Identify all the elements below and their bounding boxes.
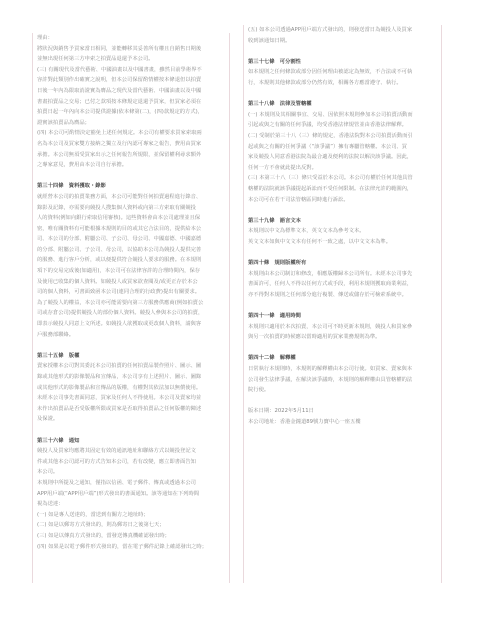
section-heading: 第四十二條 解釋權 — [248, 353, 437, 364]
text-line: 任何一方不會就此提出反對。 — [248, 163, 437, 174]
text-line: (三) 有關現代及當代藝術、中國油畫以及中國書畫，雖然目前學術界不 — [37, 65, 225, 76]
text-line: 本規則中所提及之通知，僅指以信函、電子郵件、傳真或透過本公司 — [37, 478, 225, 489]
section-heading: 第三十四條 資料獲取・錄影 — [37, 181, 225, 192]
text-line: 如本規則之任何條款或部分因任何理由被認定為無效，不合法或不可執 — [248, 67, 437, 78]
text-line: 書面許可，任何人不得以任何方式或手段，利用本規則獲取商業利益， — [248, 279, 437, 290]
company-address: 本公司地址：香港金鐘道89號力寶中心一座五樓 — [248, 417, 437, 428]
text-line: 容許對此類別作出確實之說明，但本公司保留酌情權按本條退但以拍賣 — [37, 75, 225, 86]
text-line: (一) 如是專人送達的，當送到有關方之地址時； — [37, 510, 225, 521]
text-line: 院行使。 — [248, 385, 437, 396]
section-article-39: 第三十九條 語言文本 本規則以中文為標準文本，英文文本為參考文本。 英文文本如與… — [248, 216, 437, 248]
text-line: 及使用已收集的個人資料。如競投人或買家欲查閱及/或更正存於本公 — [37, 277, 225, 288]
text-line: (二) 如是以郵寄方式發出的，則為郵寄日之後第七天； — [37, 520, 225, 531]
text-line: 錄或其他形式的影像製品和宣傳品，本公司享有上述照片、圖示、圖錄 — [37, 372, 225, 383]
section-article-36: 第三十六條 通知 競投人及買家均應將其固定有效的通訊地址和聯絡方式以競投登記文 … — [37, 436, 225, 553]
text-line: 本規則只適用於本次拍賣，本公司可不時更新本規則，競投人和買家參 — [248, 322, 437, 333]
section-heading: 第三十九條 語言文本 — [248, 216, 437, 227]
text-line: 並無出現任何第三方申索之拍賣品退還予本公司。 — [37, 54, 225, 65]
text-line: 公司發生法律爭議，在解決該爭議時，本規則的解釋權由具管轄權的法 — [248, 375, 437, 386]
text-line: 或其他形式的影像製品和宣傳品的版權，有權對其依法加以無償使用。 — [37, 383, 225, 394]
text-line: 行，本規則其他條款或部分仍然有效，相關各方應當遵守、執行。 — [248, 78, 437, 89]
section-article-35: 第三十五條 版權 賣家授權本公司對其委託本公司拍賣的任何拍賣品製作照片、圖示、圖… — [37, 351, 225, 425]
spacer — [248, 396, 437, 407]
intro-text: 理由： 將狀況與銷售予買家當日相同，並能轉移其妥善所有權且自銷售日期後 並無出現… — [37, 33, 225, 171]
text-line: 為了競投人的權益，本公司亦可能需要向第三方服務供應商(例如拍賣公 — [37, 298, 225, 309]
section-heading: 第四十一條 適用時間 — [248, 311, 437, 322]
text-line: 即表示競投人同意上文所述。如競投人欲獲取或更改個人資料，請與客 — [37, 319, 225, 330]
text-line: 名為本公司及買家雙方接納之獨立及行內認可專家之報告，費用由買家 — [37, 139, 225, 150]
text-line: 件或其他本公司認可的方式告知本公司，若有改變，應立即書面告知 — [37, 457, 225, 468]
section-article-42: 第四十二條 解釋權 日常執行本規則時，本規則的解釋權由本公司行使。如買家、賣家與… — [248, 353, 437, 395]
section-heading: 第三十七條 可分割性 — [248, 57, 437, 68]
section-article-41: 第四十一條 適用時間 本規則只適用於本次拍賣，本公司可不時更新本規則，競投人和買… — [248, 311, 437, 343]
text-line: 拍賣日起一年內向本公司提供證據(依本條第(二)，(四)款規定的方式)， — [37, 107, 225, 118]
version-date: 版本日期：2022年5月11日 — [248, 406, 437, 417]
text-line: (一) 本規則及其相關事宜、交易、因依照本規則參加本公司拍賣活動而 — [248, 110, 437, 121]
text-line: 日後一年內為限取消證實為膺品之現代及當代藝術、中國油畫以及中國 — [37, 86, 225, 97]
section-article-34: 第三十四條 資料獲取・錄影 就經營本公司的拍賣業務方面，本公司可能對任何拍賣過程… — [37, 181, 225, 340]
text-line: (四) 本公司可酌情決定豁免上述任何規定。本公司有權要求買家索取兩 — [37, 128, 225, 139]
section-article-40: 第四十條 規則版權所有 本規則由本公司制訂和修改，相應版權歸本公司所有。未經本公… — [248, 258, 437, 300]
text-line: 承擔。本公司無須受買家出示之任何報告所規限，並保留權利尋求額外 — [37, 150, 225, 161]
text-line: 之專家意見，費用由本公司自行承擔。 — [37, 160, 225, 171]
text-line: (三) 如是以傳真方式發出的，當發送傳真機確認發出時； — [37, 531, 225, 542]
text-line: 起或與之有關的任何爭議（“該爭議”）擁有專屬管轄權。本公司、買 — [248, 142, 437, 153]
text-line: 戶服務部聯絡。 — [37, 330, 225, 341]
text-line: 人的資料(例如向銀行索取信用審核)。這些資料會由本公司處理並且保 — [37, 213, 225, 224]
section-heading: 第三十八條 法律及管轄權 — [248, 99, 437, 110]
text-line: 引起或與之有關的任何爭議，均受香港法律規管並由香港法律解釋。 — [248, 120, 437, 131]
text-line: 家及競投人同意香港法院為最合適及便利的法院以解決該爭議。因此， — [248, 152, 437, 163]
section-article-38: 第三十八條 法律及管轄權 (一) 本規則及其相關事宜、交易、因依照本規則參加本公… — [248, 99, 437, 205]
section-article-37: 第三十七條 可分割性 如本規則之任何條款或部分因任何理由被認定為無效，不合法或不… — [248, 57, 437, 89]
text-line: 未經本公司事先書面同意，買家及任何人不得使用。本公司及賣家均並 — [37, 393, 225, 404]
right-page: (五) 如本公司透過APP用戶端方式發出的，則發送當日為競投人及買家 收到該通知… — [243, 25, 442, 583]
text-line: 收到該通知日期。 — [248, 36, 437, 47]
text-line: 理由： — [37, 33, 225, 44]
continued-text: (五) 如本公司透過APP用戶端方式發出的，則發送當日為競投人及買家 收到該通知… — [248, 25, 437, 46]
text-line: 就經營本公司的拍賣業務方面，本公司可能對任何拍賣過程進行錄音、 — [37, 192, 225, 203]
text-line: 與另一次拍賣的時候應以當時適用的買家業務規則為準。 — [248, 332, 437, 343]
text-line: 本公司。 — [37, 467, 225, 478]
section-heading: 第三十五條 版權 — [37, 351, 225, 362]
text-line: 本規則以中文為標準文本，英文文本為參考文本。 — [248, 226, 437, 237]
section-heading: 第四十條 規則版權所有 — [248, 258, 437, 269]
text-line: 賣家授權本公司對其委託本公司拍賣的任何拍賣品製作照片、圖示、圖 — [37, 361, 225, 372]
text-line: 英文文本如與中文文本有任何不一致之處，以中文文本為準。 — [248, 237, 437, 248]
text-line: 的分部、附屬公司、子公司、母公司，以協助本公司為競投人提供完善 — [37, 245, 225, 256]
text-line: 轄權的法院就該爭議提起訴訟而不受任何限制。在法律允許的範圍內， — [248, 184, 437, 195]
text-line: 司、本公司的分部、附屬公司、子公司、母公司、中國嘉德、中國嘉德 — [37, 234, 225, 245]
text-line: APP用戶端(“APP用戶端”)形式發出的書面通知。該等通知在下列時間 — [37, 489, 225, 500]
text-line: 司或存倉公司)提供競投人的部份個人資料。競投人參與本公司的拍賣， — [37, 308, 225, 319]
text-line: 項下的交易完成後(如適用)，本公司可在法律容許的合理時間內，保存 — [37, 266, 225, 277]
text-line: 證實該拍賣品為膺品； — [37, 118, 225, 129]
text-line: 本規則由本公司制訂和修改，相應版權歸本公司所有。未經本公司事先 — [248, 269, 437, 280]
document-footer: 版本日期：2022年5月11日 本公司地址：香港金鐘道89號力寶中心一座五樓 — [248, 406, 437, 427]
text-line: 司的個人資料，可書面致函本公司(連同合理的行政費)提出有關要求。 — [37, 287, 225, 298]
text-line: 的服務、進行客戶分析，或以便提供符合競投人要求的服務。在本規則 — [37, 255, 225, 266]
text-line: 本公司可在若干司法管轄區同時進行訴訟。 — [248, 195, 437, 206]
section-heading: 第三十六條 通知 — [37, 436, 225, 447]
text-line: 書畫拍賣品之交易；已付之款項按本條規定退還予買家，但買家必須在 — [37, 97, 225, 108]
text-line: 及保證。 — [37, 414, 225, 425]
text-line: 競投人及買家均應將其固定有效的通訊地址和聯絡方式以競投登記文 — [37, 446, 225, 457]
text-line: 亦不得對本規則之任何部分進行複製、傳送或儲存於可檢索系統中。 — [248, 290, 437, 301]
text-line: 錄影及記錄，亦需要向競投人搜集個人資料或向第三方索取有關競投 — [37, 203, 225, 214]
text-line: 日常執行本規則時，本規則的解釋權由本公司行使。如買家、賣家與本 — [248, 364, 437, 375]
text-line: 將狀況與銷售予買家當日相同，並能轉移其妥善所有權且自銷售日期後 — [37, 44, 225, 55]
text-line: (五) 如本公司透過APP用戶端方式發出的，則發送當日為競投人及買家 — [248, 25, 437, 36]
text-line: (二) 受制於第三十八（三）條的規定，香港法院對本公司拍賣活動而引 — [248, 131, 437, 142]
text-line: 密，唯有關資料有可能根據本規則的目的或其它合法目的，提供給本公 — [37, 224, 225, 235]
text-line: 視為送達： — [37, 499, 225, 510]
left-page: 理由： 將狀況與銷售予買家當日相同，並能轉移其妥善所有權且自銷售日期後 並無出現… — [32, 33, 230, 583]
text-line: 未作出拍賣品是否受版權所限或買家是否取得拍賣品之任何版權的陳述 — [37, 404, 225, 415]
text-line: (四) 如果是以電子郵件形式發出的，當在電子郵件記錄上確認發出之時； — [37, 542, 225, 553]
text-line: (三) 本第三十八（三）條只受益於本公司。本公司有權於任何其他具管 — [248, 173, 437, 184]
